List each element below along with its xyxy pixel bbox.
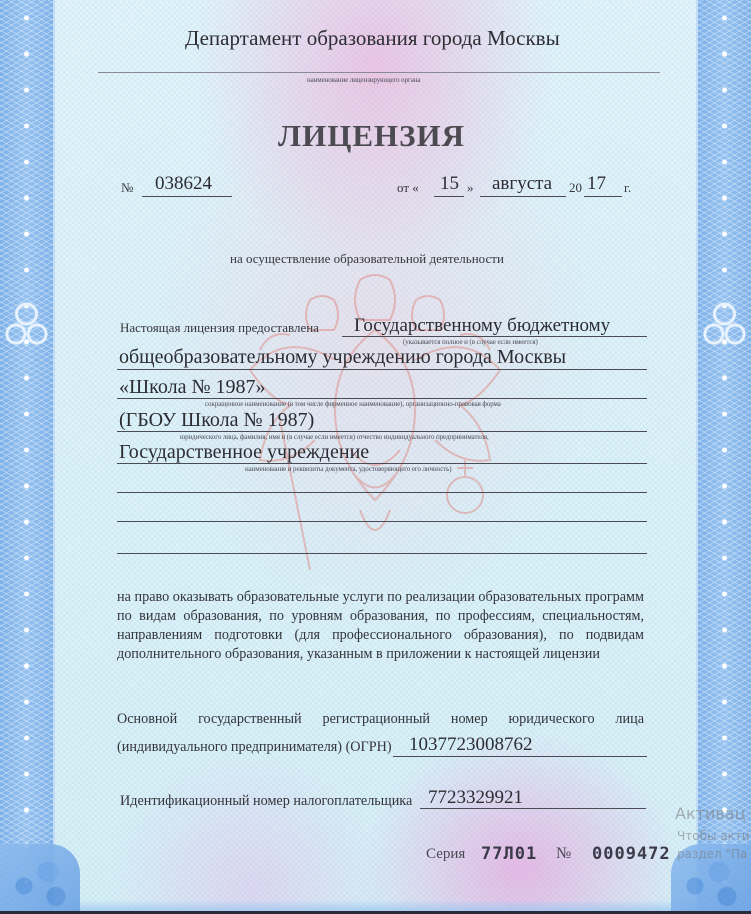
- ogrn-value: 1037723008762: [409, 734, 533, 756]
- licensee-line-5: Государственное учреждение: [119, 441, 369, 464]
- licensing-authority: Департамент образования города Москвы: [185, 26, 560, 51]
- date-year-prefix: 20: [569, 180, 582, 196]
- date-year-mark: г.: [624, 180, 631, 196]
- series-label: Серия: [426, 846, 465, 863]
- os-activation-watermark-line-3: раздел "Па: [677, 847, 747, 861]
- blank-number-label: №: [556, 845, 571, 863]
- rights-text: на право оказывать образовательные услуг…: [117, 588, 644, 664]
- date-month: августа: [492, 173, 552, 195]
- document-title: ЛИЦЕНЗИЯ: [278, 118, 465, 154]
- inn-value: 7723329921: [428, 787, 523, 809]
- right-ornamental-border: [696, 0, 751, 914]
- date-year-suffix: 17: [587, 173, 606, 195]
- caption-2: сокращенное наименование (в том числе фи…: [205, 400, 501, 408]
- left-knot-ornament-icon: [0, 290, 53, 370]
- granted-to-label: Настоящая лицензия предоставлена: [120, 320, 319, 336]
- inn-label: Идентификационный номер налогоплательщик…: [120, 793, 412, 810]
- license-certificate: Департамент образования города Москвы на…: [0, 0, 751, 914]
- right-knot-ornament-icon: [698, 290, 751, 370]
- left-ornamental-border: [0, 0, 55, 914]
- inn-underline: [420, 808, 646, 809]
- series-value: 77Л01: [481, 844, 537, 864]
- caption-4: наименование и реквизиты документа, удос…: [245, 465, 452, 473]
- blank-line-3: [117, 553, 647, 554]
- ogrn-label-line-1: Основной государственный регистрационный…: [117, 711, 644, 728]
- ogrn-underline: [393, 756, 647, 757]
- date-day: 15: [440, 173, 459, 195]
- bottom-left-corner-ornament-icon: [0, 844, 80, 914]
- license-purpose: на осуществление образовательной деятель…: [230, 251, 504, 267]
- os-activation-watermark-title: Активац: [675, 804, 745, 823]
- licensee-line-3-underline: [117, 398, 647, 399]
- blank-line-2: [117, 521, 647, 522]
- licensee-line-3: «Школа № 1987»: [119, 376, 266, 399]
- license-number-underline: [142, 196, 232, 197]
- license-number: 038624: [155, 173, 212, 195]
- licensee-line-1-underline: [342, 336, 647, 337]
- licensee-line-5-underline: [117, 463, 647, 464]
- blank-number-value: 0009472: [592, 844, 671, 864]
- date-prefix: от «: [397, 180, 419, 196]
- licensee-line-4: (ГБОУ Школа № 1987): [119, 409, 314, 432]
- number-label: №: [121, 180, 133, 196]
- licensee-line-4-underline: [117, 431, 647, 432]
- date-year-underline: [584, 196, 622, 197]
- caption-1: (указывается полное и (в случае если име…: [403, 338, 538, 346]
- ogrn-label-line-2: (индивидуального предпринимателя) (ОГРН): [117, 739, 392, 756]
- os-activation-watermark-line-2: Чтобы акти: [677, 829, 750, 843]
- date-day-underline: [434, 196, 464, 197]
- date-month-underline: [480, 196, 566, 197]
- licensee-line-2: общеобразовательному учреждению города М…: [119, 346, 566, 369]
- authority-caption: наименование лицензирующего органа: [307, 76, 420, 84]
- caption-3: юридического лица, фамилия, имя и (в слу…: [180, 433, 489, 441]
- authority-underline: [98, 72, 660, 73]
- date-day-close: »: [467, 180, 474, 196]
- blank-line-1: [117, 492, 647, 493]
- licensee-line-1: Государственному бюджетному: [354, 315, 610, 337]
- licensee-line-2-underline: [117, 369, 647, 370]
